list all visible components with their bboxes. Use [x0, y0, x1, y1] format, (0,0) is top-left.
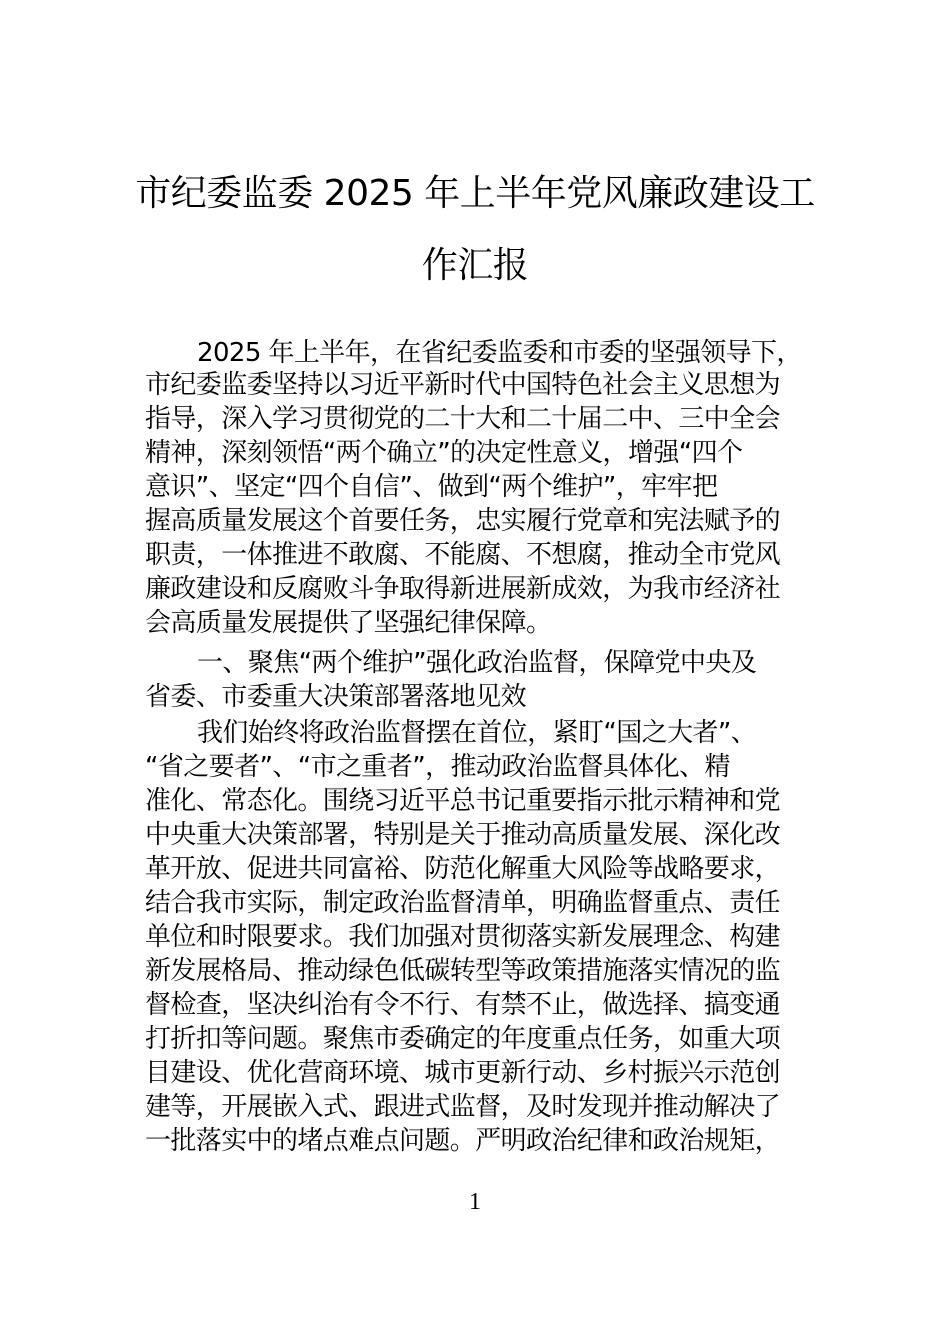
paragraph-1-line-7: 职责，一体推进不敢腐、不能腐、不想腐，推动全市党风 [145, 540, 780, 570]
paragraph-2-line-8: 新发展格局、推动绿色低碳转型等政策措施落实情况的监 [145, 956, 780, 986]
paragraph-1-line-9: 会高质量发展提供了坚强纪律保障。 [145, 608, 551, 638]
paragraph-2-line-6: 结合我市实际，制定政治监督清单，明确监督重点、责任 [145, 888, 780, 918]
paragraph-1-line-5: 意识”、坚定“四个自信”、做到“两个维护”，牢牢把 [145, 472, 717, 502]
paragraph-1-line-3: 指导，深入学习贯彻党的二十大和二十届二中、三中全会 [145, 404, 780, 434]
paragraph-1-line-2: 市纪委监委坚持以习近平新时代中国特色社会主义思想为 [145, 370, 780, 400]
paragraph-1-line-8: 廉政建设和反腐败斗争取得新进展新成效，为我市经济社 [145, 574, 780, 604]
document-title-line-1: 市纪委监委 2025 年上半年党风廉政建设工 [130, 176, 820, 212]
document-title-line-2: 作汇报 [130, 248, 820, 284]
paragraph-2-line-2: “省之要者”、“市之重者”，推动政治监督具体化、精 [145, 752, 730, 782]
paragraph-2-line-5: 革开放、促进共同富裕、防范化解重大风险等战略要求， [145, 854, 780, 884]
paragraph-2-line-12: 建等，开展嵌入式、跟进式监督，及时发现并推动解决了 [145, 1092, 780, 1122]
paragraph-2-line-10: 打折扣等问题。聚焦市委确定的年度重点任务，如重大项 [145, 1024, 780, 1054]
section-heading-line-1: 一、聚焦“两个维护”强化政治监督，保障党中央及 [197, 648, 756, 678]
paragraph-2-line-4: 中央重大决策部署，特别是关于推动高质量发展、深化改 [145, 820, 780, 850]
paragraph-1-line-4: 精神，深刻领悟“两个确立”的决定性意义，增强“四个 [145, 438, 742, 468]
paragraph-2-line-7: 单位和时限要求。我们加强对贯彻落实新发展理念、构建 [145, 922, 780, 952]
paragraph-1-line-6: 握高质量发展这个首要任务，忠实履行党章和宪法赋予的 [145, 506, 780, 536]
paragraph-2-line-3: 准化、常态化。围绕习近平总书记重要指示批示精神和党 [145, 786, 780, 816]
paragraph-2-line-11: 目建设、优化营商环境、城市更新行动、乡村振兴示范创 [145, 1058, 780, 1088]
document-page: 市纪委监委 2025 年上半年党风廉政建设工 作汇报 2025 年上半年，在省纪… [0, 0, 950, 1344]
section-heading-line-2: 省委、市委重大决策部署落地见效 [145, 682, 526, 712]
paragraph-2-line-13: 一批落实中的堵点难点问题。严明政治纪律和政治规矩， [145, 1126, 780, 1156]
paragraph-2-line-1: 我们始终将政治监督摆在首位，紧盯“国之大者”、 [197, 718, 756, 748]
page-number: 1 [0, 1188, 950, 1216]
paragraph-2-line-9: 督检查，坚决纠治有令不行、有禁不止，做选择、搞变通 [145, 990, 780, 1020]
paragraph-1-line-1: 2025 年上半年，在省纪委监委和市委的坚强领导下， [197, 338, 802, 368]
